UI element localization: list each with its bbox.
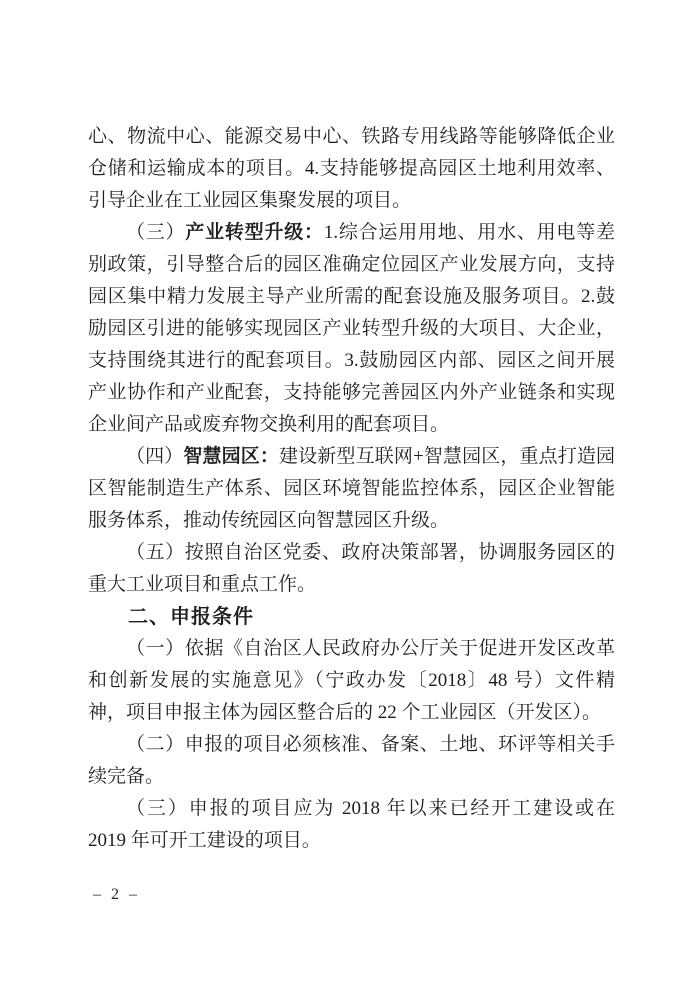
- paragraph-item-4-smart-park: （四）智慧园区：建设新型互联网+智慧园区，重点打造园区智能制造生产体系、园区环境…: [88, 441, 615, 537]
- paragraph-text: 1.综合运用用地、用水、用电等差别政策，引导整合后的园区准确定位园区产业发展方向…: [88, 222, 615, 435]
- subheading-smart-park: 智慧园区：: [183, 446, 279, 467]
- subheading-industrial-transformation: 产业转型升级：: [185, 222, 323, 243]
- paragraph-condition-2: （二）申报的项目必须核准、备案、土地、环评等相关手续完备。: [88, 729, 615, 793]
- paragraph-text: （一）依据《自治区人民政府办公厅关于促进开发区改革和创新发展的实施意见》（宁政办…: [88, 638, 615, 723]
- paragraph-enumerator: （三）: [126, 222, 185, 243]
- paragraph-text: 心、物流中心、能源交易中心、铁路专用线路等能够降低企业仓储和运输成本的项目。4.…: [88, 126, 615, 211]
- paragraph-item-3-industrial-transformation: （三）产业转型升级：1.综合运用用地、用水、用电等差别政策，引导整合后的园区准确…: [88, 217, 615, 441]
- section-heading-application-conditions: 二、申报条件: [88, 601, 615, 633]
- page-number: – 2 –: [93, 886, 140, 904]
- paragraph-item-5-coordination: （五）按照自治区党委、政府决策部署，协调服务园区的重大工业项目和重点工作。: [88, 537, 615, 601]
- paragraph-text: （二）申报的项目必须核准、备案、土地、环评等相关手续完备。: [88, 734, 615, 787]
- paragraph-enumerator: （四）: [126, 446, 183, 467]
- paragraph-condition-1: （一）依据《自治区人民政府办公厅关于促进开发区改革和创新发展的实施意见》（宁政办…: [88, 633, 615, 729]
- document-page: 心、物流中心、能源交易中心、铁路专用线路等能够降低企业仓储和运输成本的项目。4.…: [0, 0, 700, 989]
- document-body: 心、物流中心、能源交易中心、铁路专用线路等能够降低企业仓储和运输成本的项目。4.…: [88, 121, 615, 857]
- paragraph-text: （三）申报的项目应为 2018 年以来已经开工建设或在 2019 年可开工建设的…: [88, 798, 615, 851]
- paragraph-continuation: 心、物流中心、能源交易中心、铁路专用线路等能够降低企业仓储和运输成本的项目。4.…: [88, 121, 615, 217]
- paragraph-condition-3: （三）申报的项目应为 2018 年以来已经开工建设或在 2019 年可开工建设的…: [88, 793, 615, 857]
- paragraph-text: （五）按照自治区党委、政府决策部署，协调服务园区的重大工业项目和重点工作。: [88, 542, 615, 595]
